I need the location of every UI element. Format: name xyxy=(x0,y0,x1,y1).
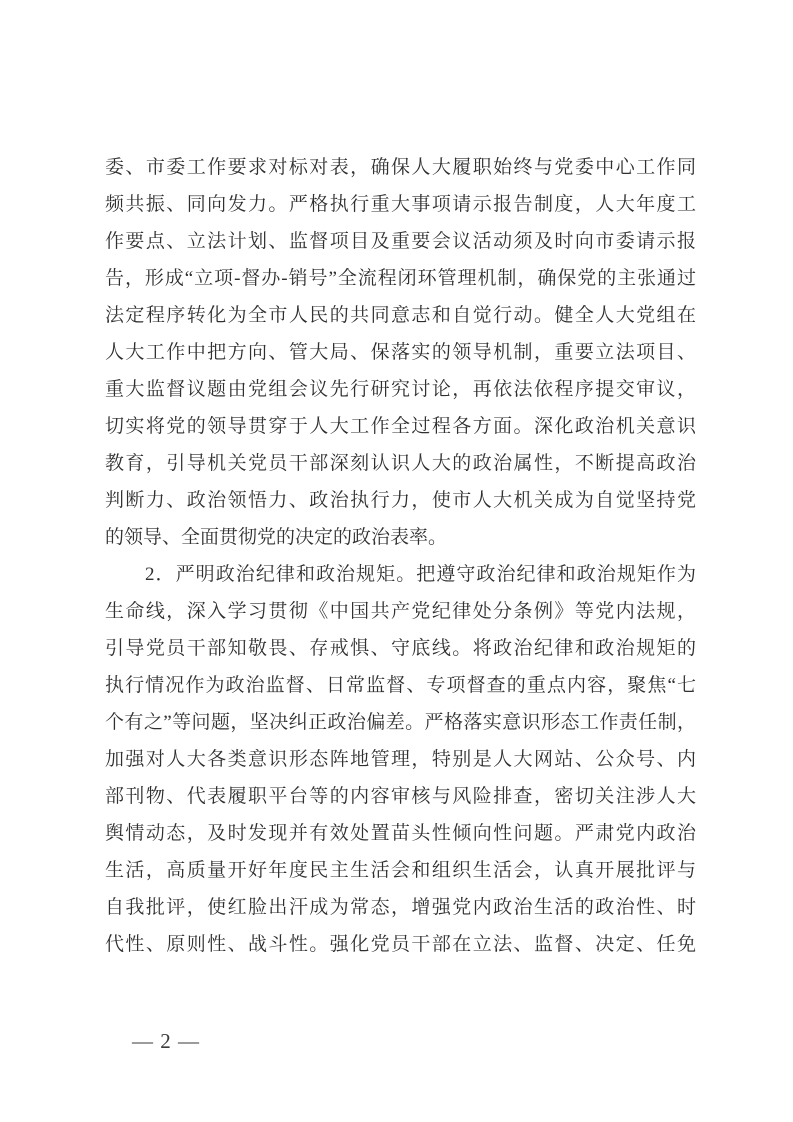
document-body: 委、市委工作要求对标对表，确保人大履职始终与党委中心工作同频共振、同向发力。严格… xyxy=(105,149,696,963)
text-line: 加强对人大各类意识形态阵地管理，特别是人大网站、公众号、内 xyxy=(105,741,696,778)
text-line: 2．严明政治纪律和政治规矩。把遵守政治纪律和政治规矩作为 xyxy=(105,556,696,593)
text-line: 委、市委工作要求对标对表，确保人大履职始终与党委中心工作同 xyxy=(105,149,696,186)
text-line: 引导党员干部知敬畏、存戒惧、守底线。将政治纪律和政治规矩的 xyxy=(105,630,696,667)
text-line: 切实将党的领导贯穿于人大工作全过程各方面。深化政治机关意识 xyxy=(105,408,696,445)
text-line: 判断力、政治领悟力、政治执行力，使市人大机关成为自觉坚持党 xyxy=(105,482,696,519)
document-page: 委、市委工作要求对标对表，确保人大履职始终与党委中心工作同频共振、同向发力。严格… xyxy=(0,0,793,1122)
text-line: 个有之”等问题，坚决纠正政治偏差。严格落实意识形态工作责任制， xyxy=(105,704,696,741)
page-number: — 2 — xyxy=(132,1029,200,1054)
text-line: 生命线，深入学习贯彻《中国共产党纪律处分条例》等党内法规， xyxy=(105,593,696,630)
text-line: 代性、原则性、战斗性。强化党员干部在立法、监督、决定、任免 xyxy=(105,926,696,963)
text-line: 教育，引导机关党员干部深刻认识人大的政治属性，不断提高政治 xyxy=(105,445,696,482)
text-line: 部刊物、代表履职平台等的内容审核与风险排查，密切关注涉人大 xyxy=(105,778,696,815)
text-line: 人大工作中把方向、管大局、保落实的领导机制，重要立法项目、 xyxy=(105,334,696,371)
text-line: 重大监督议题由党组会议先行研究讨论，再依法依程序提交审议， xyxy=(105,371,696,408)
text-line: 作要点、立法计划、监督项目及重要会议活动须及时向市委请示报 xyxy=(105,223,696,260)
text-line: 生活，高质量开好年度民主生活会和组织生活会，认真开展批评与 xyxy=(105,852,696,889)
text-line: 频共振、同向发力。严格执行重大事项请示报告制度，人大年度工 xyxy=(105,186,696,223)
text-line: 的领导、全面贯彻党的决定的政治表率。 xyxy=(105,519,696,556)
text-line: 告，形成“立项-督办-销号”全流程闭环管理机制，确保党的主张通过 xyxy=(105,260,696,297)
text-line: 法定程序转化为全市人民的共同意志和自觉行动。健全人大党组在 xyxy=(105,297,696,334)
text-line: 舆情动态，及时发现并有效处置苗头性倾向性问题。严肃党内政治 xyxy=(105,815,696,852)
text-line: 执行情况作为政治监督、日常监督、专项督查的重点内容，聚焦“七 xyxy=(105,667,696,704)
text-line: 自我批评，使红脸出汗成为常态，增强党内政治生活的政治性、时 xyxy=(105,889,696,926)
